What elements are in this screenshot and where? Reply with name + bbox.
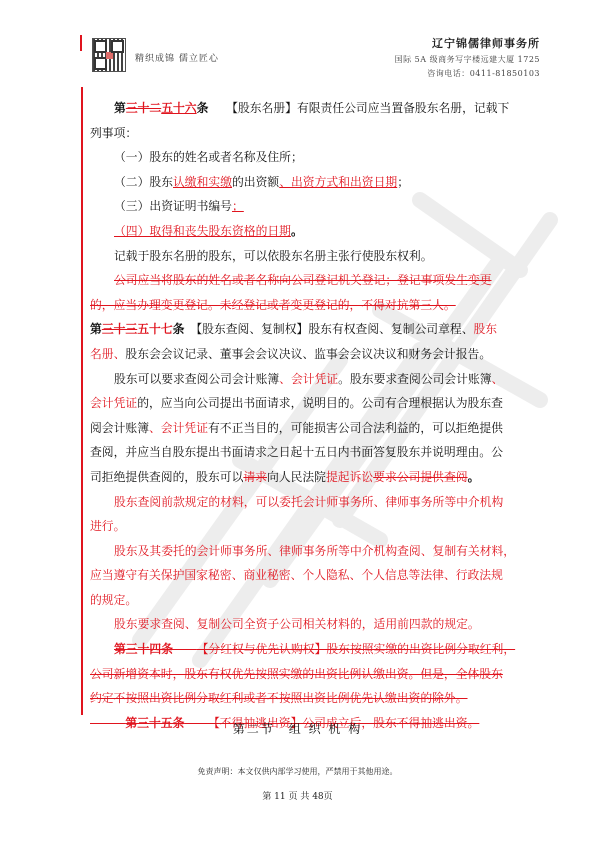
paragraph-line: 记载于股东名册的股东，可以依股东名册主张行使股东权利。 — [90, 244, 510, 269]
document-body: 第三十二五十六条 【股东名册】有限责任公司应当置备股东名册，记载下 列事项： （… — [90, 96, 510, 735]
article-37-heading: 第三十三五十七条 【股东查阅、复制权】股东有权查阅、复制公司章程、股东 — [90, 317, 510, 342]
qr-code-icon — [92, 38, 126, 72]
inserted-line: 股东要求查阅、复制公司全资子公司相关材料的，适用前四款的规定。 — [90, 612, 510, 637]
paragraph-line: 股东可以要求查阅公司会计账簿、会计凭证。股东要求查阅公司会计账簿、 — [90, 367, 510, 392]
paragraph-line: 列事项： — [90, 121, 510, 146]
deleted-article-number: 三十二 — [126, 101, 161, 115]
inserted-article-number: 五十六 — [161, 101, 196, 115]
article-title: 【股东名册】 — [226, 101, 297, 115]
paragraph-line: 查阅，并应当自股东提出书面请求之日起十五日内书面答复股东并说明理由。公 — [90, 440, 510, 465]
deleted-line: 公司应当将股东的姓名或者名称向公司登记机关登记；登记事项发生变更 — [90, 268, 510, 293]
list-item: （二）股东认缴和实缴的出资额、出资方式和出资日期； — [90, 170, 510, 195]
footer-disclaimer: 免责声明：本文仅供内部学习使用，严禁用于其他用途。 — [0, 766, 595, 777]
article-title: 【股东查阅、复制权】 — [196, 322, 308, 336]
deleted-article-number: 三十三 — [102, 322, 137, 336]
deleted-article-34: 第三十四条——【分红权与优先认购权】股东按照实缴的出资比例分取红利， — [90, 637, 510, 662]
page-number: 第 11 页 共 48页 — [0, 789, 595, 802]
paragraph-line: 司拒绝提供查阅的，股东可以请求向人民法院提起诉讼要求公司提供查阅。 — [90, 465, 510, 490]
inserted-line: 进行。 — [90, 514, 510, 539]
list-item: （三）出资证明书编号； — [90, 194, 510, 219]
revision-margin-bar — [81, 87, 83, 715]
firm-info: 辽宁锦儒律师事务所 国际 5A 级商务写字楼远建大厦 1725 咨询电话：041… — [395, 35, 540, 79]
inserted-article-number: 五十七 — [137, 322, 172, 336]
deleted-line: 的，应当办理变更登记。未经登记或者变更登记的，不得对抗第三人。 — [90, 293, 510, 318]
header-red-mark — [80, 35, 82, 51]
inserted-line: 的规定。 — [90, 588, 510, 613]
inserted-line: 应当遵守有关保护国家秘密、商业秘密、个人隐私、个人信息等法律、行政法规 — [90, 563, 510, 588]
deleted-line: 公司新增资本时，股东有权优先按照实缴的出资比例认缴出资。但是，全体股东 — [90, 662, 510, 687]
paragraph-line: 阅会计账簿、会计凭证有不正当目的，可能损害公司合法利益的，可以拒绝提供 — [90, 416, 510, 441]
firm-slogan: 精织成锦 儒立匠心 — [135, 51, 219, 64]
firm-address: 国际 5A 级商务写字楼远建大厦 1725 — [395, 54, 540, 65]
list-item-inserted: （四）取得和丧失股东资格的日期。 — [90, 219, 510, 244]
firm-name: 辽宁锦儒律师事务所 — [395, 35, 540, 51]
list-item: （一）股东的姓名或者名称及住所； — [90, 145, 510, 170]
inserted-line: 股东查阅前款规定的材料，可以委托会计师事务所、律师事务所等中介机构 — [90, 490, 510, 515]
article-36-heading: 第三十二五十六条 【股东名册】有限责任公司应当置备股东名册，记载下 — [90, 96, 510, 121]
page-header: 精织成锦 儒立匠心 辽宁锦儒律师事务所 国际 5A 级商务写字楼远建大厦 172… — [0, 0, 595, 80]
firm-phone: 咨询电话：0411-81850103 — [395, 68, 540, 79]
inserted-line: 股东及其委托的会计师事务所、律师事务所等中介机构查阅、复制有关材料， — [90, 539, 510, 564]
section-heading: 第二节 组 织 机 构 — [0, 720, 595, 737]
deleted-line: 约定不按照出资比例分取红利或者不按照出资比例优先认缴出资的除外。 — [90, 686, 510, 711]
paragraph-line: 会计凭证的，应当向公司提出书面请求，说明目的。公司有合理根据认为股东查 — [90, 391, 510, 416]
paragraph-line: 名册、股东会会议记录、董事会会议决议、监事会会议决议和财务会计报告。 — [90, 342, 510, 367]
